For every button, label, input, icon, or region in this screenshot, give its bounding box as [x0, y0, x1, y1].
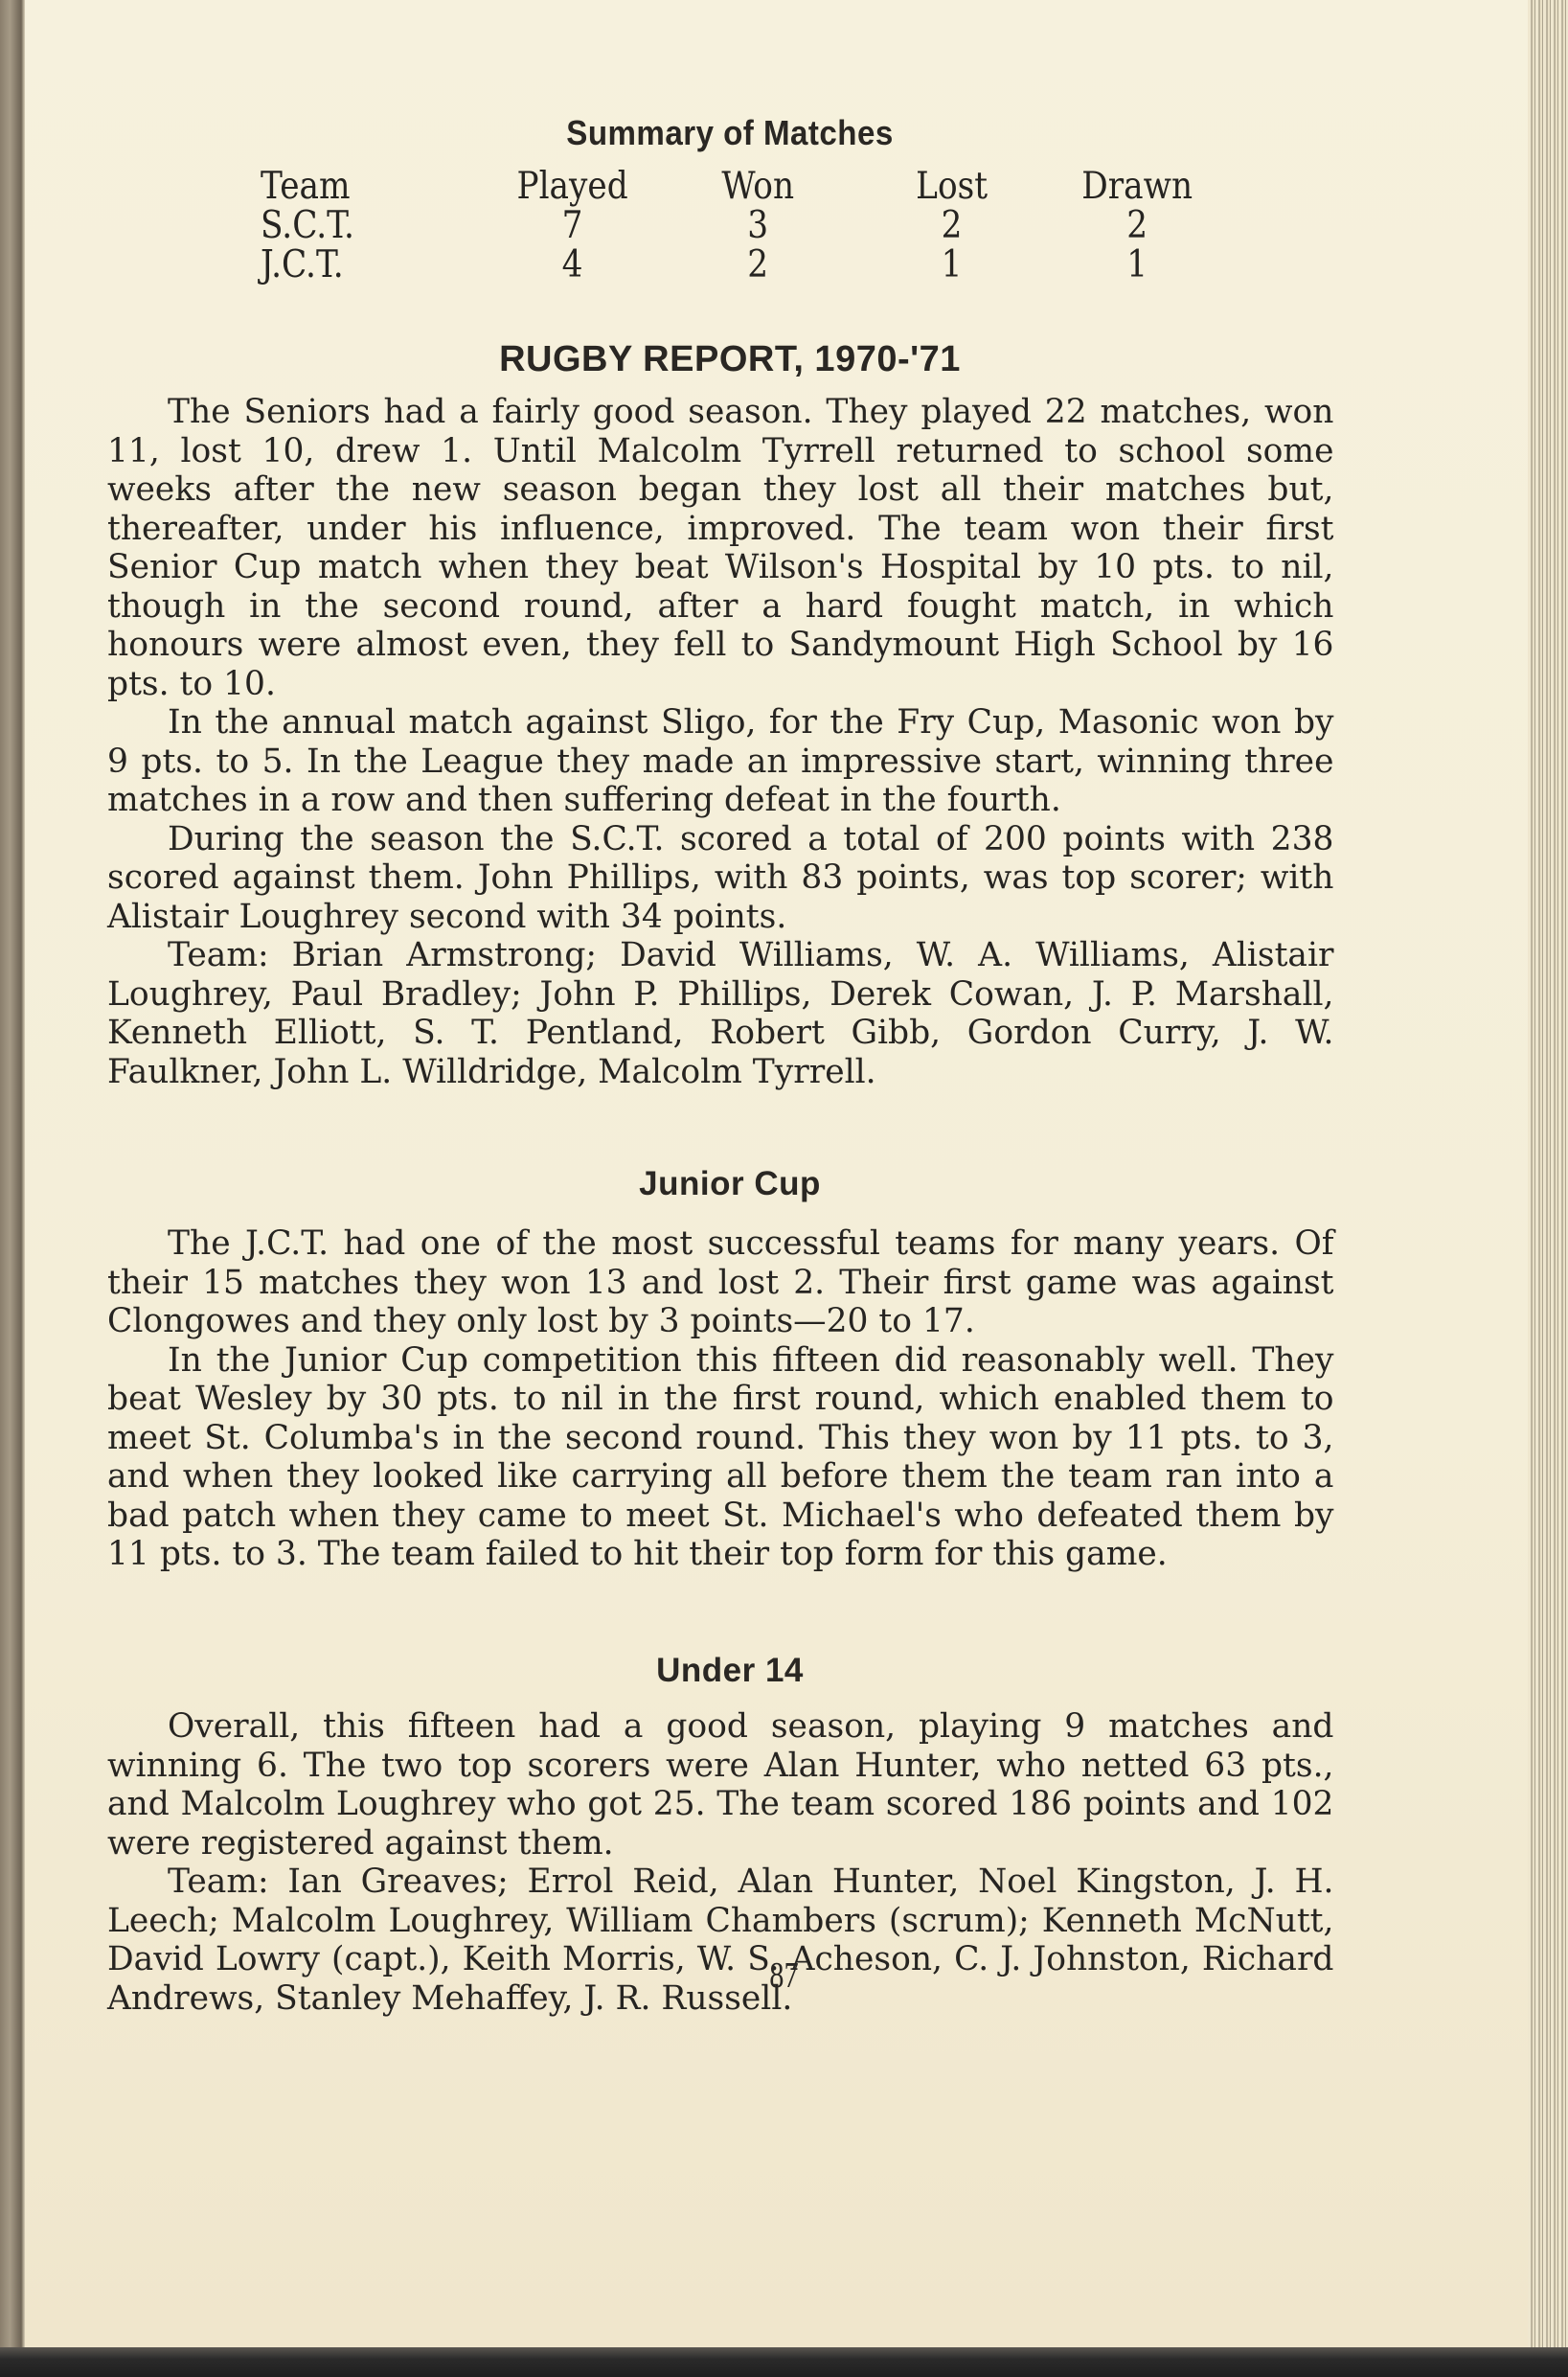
- header-lost: Lost: [842, 167, 1061, 206]
- paragraph: In the annual match against Sligo, for t…: [107, 703, 1334, 820]
- summary-table: Team Played Won Lost Drawn S.C.T. 7 3 2 …: [261, 167, 1213, 285]
- table-row: J.C.T. 4 2 1 1: [261, 245, 1213, 285]
- paragraph: The Seniors had a fairly good season. Th…: [107, 393, 1334, 703]
- cell-played: 7: [471, 206, 673, 245]
- table-row: S.C.T. 7 3 2 2: [261, 206, 1213, 245]
- cell-lost: 1: [842, 245, 1061, 285]
- header-won: Won: [673, 167, 842, 206]
- rugby-report-title: RUGBY REPORT, 1970-'71: [107, 339, 1352, 380]
- junior-cup-title: Junior Cup: [107, 1165, 1352, 1203]
- under-14-title: Under 14: [107, 1652, 1352, 1690]
- rugby-report-body: The Seniors had a fairly good season. Th…: [107, 393, 1334, 1091]
- cell-won: 2: [673, 245, 842, 285]
- cell-team: J.C.T.: [261, 245, 471, 285]
- cell-drawn: 1: [1061, 245, 1213, 285]
- summary-title: Summary of Matches: [157, 113, 1303, 153]
- paragraph: Team: Brian Armstrong; David Williams, W…: [107, 936, 1334, 1091]
- scanner-edge: [0, 2347, 1568, 2377]
- summary-header-row: Team Played Won Lost Drawn: [261, 167, 1213, 206]
- cell-team: S.C.T.: [261, 206, 471, 245]
- paragraph: During the season the S.C.T. scored a to…: [107, 820, 1334, 937]
- book-spine-shadow: [0, 0, 25, 2347]
- page-number: 87: [157, 1954, 1412, 1997]
- cell-played: 4: [471, 245, 673, 285]
- junior-cup-body: The J.C.T. had one of the most successfu…: [107, 1224, 1334, 1574]
- header-played: Played: [471, 167, 673, 206]
- paragraph: The J.C.T. had one of the most successfu…: [107, 1224, 1334, 1341]
- page-edges: [1528, 0, 1568, 2347]
- header-team: Team: [261, 167, 471, 206]
- cell-drawn: 2: [1061, 206, 1213, 245]
- cell-lost: 2: [842, 206, 1061, 245]
- paragraph: In the Junior Cup competition this fifte…: [107, 1341, 1334, 1574]
- header-drawn: Drawn: [1061, 167, 1213, 206]
- book-page: Summary of Matches Team Played Won Lost …: [0, 0, 1568, 2347]
- paragraph: Overall, this fifteen had a good season,…: [107, 1707, 1334, 1863]
- cell-won: 3: [673, 206, 842, 245]
